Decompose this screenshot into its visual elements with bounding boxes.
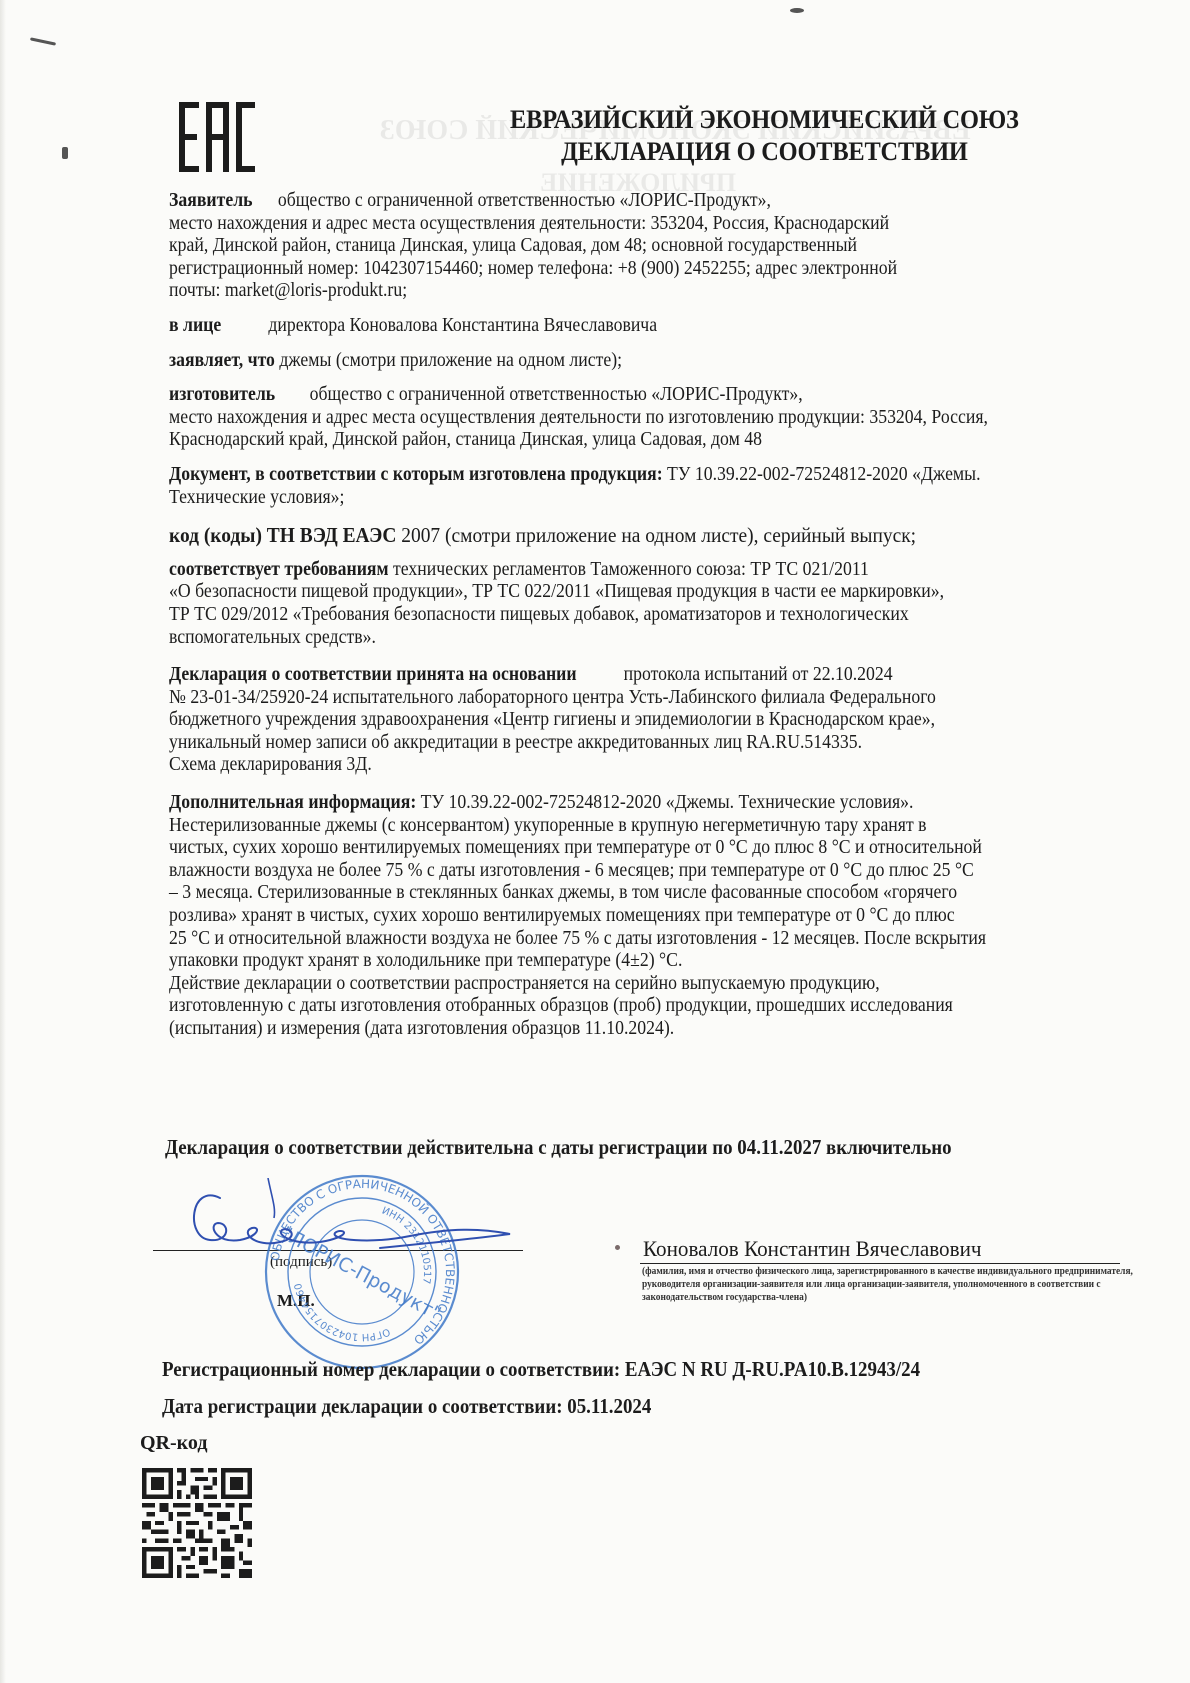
additional-line: упаковки продукт хранят в холодильнике п…	[169, 950, 1101, 973]
manufacturer-label: изготовитель	[169, 384, 275, 405]
represented-by-row: в лицедиректора Коновалова Константина В…	[169, 315, 1101, 338]
validity-statement: Декларация о соответствии действительна …	[165, 1135, 1101, 1160]
additional-line: изготовленную с даты изготовления отобра…	[169, 995, 1101, 1018]
codes-value: 2007 (смотри приложение на одном листе),…	[401, 523, 916, 547]
signer-caption: (фамилия, имя и отчество физического лиц…	[642, 1265, 1135, 1304]
header-declaration-title: ДЕКЛАРАЦИЯ О СООТВЕТСТВИИ	[470, 135, 1059, 167]
manufacturer-address-2: Краснодарский край, Динской район, стани…	[169, 429, 1101, 452]
additional-line: 25 °С и относительной влажности воздуха …	[169, 928, 1101, 951]
handwritten-signature-icon	[180, 1178, 540, 1258]
additional-info-section: Дополнительная информация: ТУ 10.39.22-0…	[169, 792, 1101, 1041]
applicant-address-2: край, Динской район, станица Динская, ул…	[169, 235, 1101, 258]
declares-label: заявляет, что	[169, 350, 275, 371]
conformity-section: соответствует требованиям технических ре…	[169, 559, 1101, 649]
basis-section: Декларация о соответствии принята на осн…	[169, 664, 1101, 777]
scan-speck	[62, 147, 68, 159]
manufacturer-address: место нахождения и адрес места осуществл…	[169, 407, 1101, 430]
conforms-value: технических регламентов Таможенного союз…	[393, 559, 869, 580]
conforms-label: соответствует требованиям	[169, 559, 389, 580]
signer-name: Коновалов Константин Вячеславович	[643, 1236, 982, 1262]
applicant-email: почты: market@loris-produkt.ru;	[169, 280, 1101, 303]
additional-line: влажности воздуха не более 75 % с даты и…	[169, 860, 1101, 883]
basis-line-5: Схема декларирования 3Д.	[169, 754, 1101, 777]
manufacturer-name: общество с ограниченной ответственностью…	[310, 384, 803, 405]
document-value-2: Технические условия»;	[169, 487, 1101, 510]
additional-label: Дополнительная информация:	[169, 792, 416, 813]
registration-number-row: Регистрационный номер декларации о соотв…	[162, 1357, 920, 1382]
applicant-label: Заявитель	[169, 190, 253, 211]
declares-row: заявляет, что джемы (смотри приложение н…	[169, 350, 1101, 373]
applicant-section: Заявительобщество с ограниченной ответст…	[169, 190, 1101, 303]
document-section: Документ, в соответствии с которым изгот…	[169, 464, 1101, 509]
document-header: ЕВРАЗИЙСКИЙ ЭКОНОМИЧЕСКИЙ СОЮЗ ДЕКЛАРАЦИ…	[470, 103, 1059, 167]
scan-speck	[790, 8, 804, 13]
codes-label: код (коды) ТН ВЭД ЕАЭС	[169, 523, 396, 547]
additional-value: ТУ 10.39.22-002-72524812-2020 «Джемы. Те…	[421, 792, 914, 813]
declares-value: джемы (смотри приложение на одном листе)…	[279, 350, 622, 371]
represented-by-label: в лице	[169, 315, 221, 336]
additional-line: – 3 месяца. Стерилизованные в стеклянных…	[169, 882, 1101, 905]
scan-speck	[615, 1245, 620, 1250]
conforms-line-2: «О безопасности пищевой продукции», ТР Т…	[169, 581, 1101, 604]
declaration-body: Заявительобщество с ограниченной ответст…	[169, 190, 1101, 1041]
qr-code-label: QR-код	[140, 1432, 207, 1455]
registration-date-value: 05.11.2024	[567, 1394, 651, 1418]
additional-line: Нестерилизованные джемы (с консервантом)…	[169, 815, 1101, 838]
registration-number-value: ЕАЭС N RU Д-RU.PA10.B.12943/24	[625, 1357, 920, 1381]
document-value: ТУ 10.39.22-002-72524812-2020 «Джемы.	[667, 464, 980, 485]
additional-line: чистых, сухих хорошо вентилируемых помещ…	[169, 837, 1101, 860]
scan-speck	[30, 37, 56, 45]
basis-line-2: № 23-01-34/25920-24 испытательного лабор…	[169, 687, 1101, 710]
additional-line: (испытания) и измерения (дата изготовлен…	[169, 1018, 1101, 1041]
eac-mark-icon	[179, 102, 255, 172]
document-label: Документ, в соответствии с которым изгот…	[169, 464, 663, 485]
basis-line-4: уникальный номер записи об аккредитации …	[169, 732, 1101, 755]
basis-label: Декларация о соответствии принята на осн…	[169, 664, 577, 685]
additional-line: розлива» хранят в чистых, сухих хорошо в…	[169, 905, 1101, 928]
applicant-registration: регистрационный номер: 1042307154460; но…	[169, 258, 1101, 281]
basis-value: протокола испытаний от 22.10.2024	[624, 664, 893, 685]
header-union-title: ЕВРАЗИЙСКИЙ ЭКОНОМИЧЕСКИЙ СОЮЗ	[470, 103, 1059, 135]
qr-code-icon[interactable]	[142, 1468, 252, 1578]
conforms-line-4: вспомогательных средств».	[169, 627, 1101, 650]
registration-number-label: Регистрационный номер декларации о соотв…	[162, 1357, 620, 1381]
registration-date-row: Дата регистрации декларации о соответств…	[162, 1394, 651, 1419]
basis-line-3: бюджетного учреждения здравоохранения «Ц…	[169, 709, 1101, 732]
registration-date-label: Дата регистрации декларации о соответств…	[162, 1394, 563, 1418]
applicant-name: общество с ограниченной ответственностью…	[278, 190, 771, 211]
additional-line: Действие декларации о соответствии распр…	[169, 973, 1101, 996]
represented-by-value: директора Коновалова Константина Вячесла…	[268, 315, 657, 336]
signer-name-line	[640, 1263, 1120, 1264]
applicant-address: место нахождения и адрес места осуществл…	[169, 213, 1101, 236]
codes-row: код (коды) ТН ВЭД ЕАЭС 2007 (смотри прил…	[169, 524, 1101, 547]
conforms-line-3: ТР ТС 029/2012 «Требования безопасности …	[169, 604, 1101, 627]
page-edge	[0, 0, 6, 1683]
manufacturer-section: изготовительобщество с ограниченной отве…	[169, 384, 1101, 452]
